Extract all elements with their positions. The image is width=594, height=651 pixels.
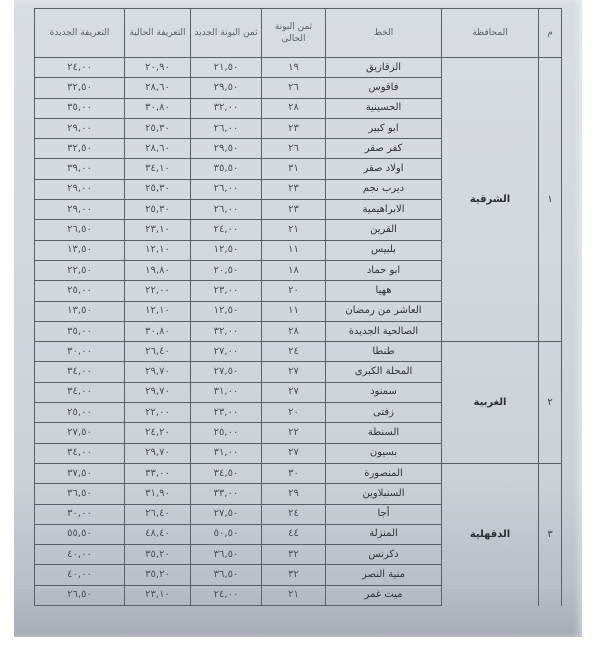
line-name: سمنود	[326, 382, 442, 402]
new-cylinder-price: ٢٧,٥٠	[191, 504, 262, 524]
new-cylinder-price: ٢٥,٠٠	[191, 423, 262, 443]
line-name: السنطة	[326, 423, 442, 443]
new-tariff: ٣٦,٥٠	[35, 484, 125, 504]
line-name: ابو حماد	[326, 260, 442, 280]
current-cylinder-price: ٢٠	[262, 281, 326, 301]
new-tariff: ٣٢,٥٠	[35, 139, 125, 159]
table-row: ٢الغربيةطنطا٢٤٢٧,٠٠٢٦,٤٠٣٠,٠٠	[35, 342, 562, 362]
current-cylinder-price: ٣٢	[262, 565, 326, 585]
current-tariff: ٢٩,٧٠	[125, 362, 191, 382]
new-cylinder-price: ٢٤,٠٠	[191, 220, 262, 240]
new-cylinder-price: ٣١,٠٠	[191, 382, 262, 402]
new-tariff: ٢٢,٥٠	[35, 260, 125, 280]
line-name: الزقازيق	[326, 58, 442, 78]
current-cylinder-price: ٢٦	[262, 78, 326, 98]
current-cylinder-price: ٢٦	[262, 139, 326, 159]
current-cylinder-price: ١١	[262, 240, 326, 260]
new-cylinder-price: ٣٢,٠٠	[191, 321, 262, 341]
table-row: ١الشرقيةالزقازيق١٩٢١,٥٠٢٠,٩٠٢٤,٠٠	[35, 58, 562, 78]
current-tariff: ٢٣,١٠	[125, 220, 191, 240]
line-name: أجا	[326, 504, 442, 524]
new-cylinder-price: ٢٧,٥٠	[191, 362, 262, 382]
fare-table: م المحافظة الخط ثمن البونة الحالى ثمن ال…	[34, 8, 562, 606]
current-tariff: ٢٥,٣٠	[125, 179, 191, 199]
current-tariff: ٢٦,٤٠	[125, 504, 191, 524]
current-cylinder-price: ٤٤	[262, 524, 326, 544]
current-tariff: ٣١,٩٠	[125, 484, 191, 504]
new-tariff: ٣٤,٠٠	[35, 443, 125, 463]
new-tariff: ١٣,٥٠	[35, 240, 125, 260]
header-new-tariff: التعريفة الجديدة	[35, 9, 125, 58]
line-name: ابو كبير	[326, 118, 442, 138]
new-cylinder-price: ٢٩,٥٠	[191, 139, 262, 159]
new-tariff: ٤٠,٠٠	[35, 565, 125, 585]
new-tariff: ٢٧,٥٠	[35, 423, 125, 443]
new-cylinder-price: ٢٦,٠٠	[191, 200, 262, 220]
new-tariff: ١٣,٥٠	[35, 301, 125, 321]
current-tariff: ٢٢,٠٠	[125, 403, 191, 423]
current-tariff: ٢٥,٣٠	[125, 118, 191, 138]
current-tariff: ٣٠,٨٠	[125, 98, 191, 118]
current-tariff: ٣٤,١٠	[125, 159, 191, 179]
new-tariff: ٣٢,٥٠	[35, 78, 125, 98]
governorate-name: الغربية	[442, 342, 539, 464]
table-row: ٣الدقهليةالمنصورة٣٠٣٤,٥٠٣٣,٠٠٣٧,٥٠	[35, 463, 562, 483]
new-tariff: ٣٩,٠٠	[35, 159, 125, 179]
new-cylinder-price: ٣١,٠٠	[191, 443, 262, 463]
line-name: ميت غمر	[326, 585, 442, 605]
new-cylinder-price: ٢٣,٠٠	[191, 281, 262, 301]
line-name: المحلة الكبرى	[326, 362, 442, 382]
current-tariff: ٢٢,٠٠	[125, 281, 191, 301]
new-tariff: ٢٦,٥٠	[35, 585, 125, 605]
new-tariff: ٣٥,٠٠	[35, 321, 125, 341]
current-cylinder-price: ٢٧	[262, 362, 326, 382]
current-tariff: ٢٨,٦٠	[125, 78, 191, 98]
new-cylinder-price: ١٢,٥٠	[191, 240, 262, 260]
group-index: ١	[539, 58, 562, 342]
line-name: بسيون	[326, 443, 442, 463]
table-body: ١الشرقيةالزقازيق١٩٢١,٥٠٢٠,٩٠٢٤,٠٠فاقوس٢٦…	[35, 58, 562, 606]
current-tariff: ٤٨,٤٠	[125, 524, 191, 544]
new-tariff: ٣٧,٥٠	[35, 463, 125, 483]
new-cylinder-price: ٣٦,٥٠	[191, 545, 262, 565]
line-name: المنزلة	[326, 524, 442, 544]
line-name: كفر صقر	[326, 139, 442, 159]
header-current-cylinder-price: ثمن البونة الحالى	[262, 9, 326, 58]
new-cylinder-price: ٢٩,٥٠	[191, 78, 262, 98]
new-cylinder-price: ٢٦,٠٠	[191, 118, 262, 138]
new-cylinder-price: ٥٠,٥٠	[191, 524, 262, 544]
new-cylinder-price: ٣٤,٥٠	[191, 463, 262, 483]
line-name: ديرب نجم	[326, 179, 442, 199]
new-tariff: ٢٩,٠٠	[35, 118, 125, 138]
line-name: الابراهيمية	[326, 200, 442, 220]
new-tariff: ٣٥,٠٠	[35, 98, 125, 118]
current-cylinder-price: ٢٤	[262, 342, 326, 362]
current-tariff: ٣٣,٠٠	[125, 463, 191, 483]
current-tariff: ١٢,١٠	[125, 301, 191, 321]
header-new-cylinder-price: ثمن البونة الجديد	[191, 9, 262, 58]
new-tariff: ٢٦,٥٠	[35, 220, 125, 240]
current-tariff: ٢٦,٤٠	[125, 342, 191, 362]
current-cylinder-price: ٢٨	[262, 98, 326, 118]
current-cylinder-price: ٢٧	[262, 443, 326, 463]
current-tariff: ٢٣,١٠	[125, 585, 191, 605]
current-cylinder-price: ٢١	[262, 585, 326, 605]
current-tariff: ٣٠,٨٠	[125, 321, 191, 341]
new-tariff: ٣٠,٠٠	[35, 504, 125, 524]
new-tariff: ٣٤,٠٠	[35, 382, 125, 402]
line-name: اولاد صقر	[326, 159, 442, 179]
new-tariff: ٣٤,٠٠	[35, 362, 125, 382]
current-cylinder-price: ٢٢	[262, 423, 326, 443]
new-cylinder-price: ٢٦,٠٠	[191, 179, 262, 199]
line-name: فاقوس	[326, 78, 442, 98]
new-cylinder-price: ٣٥,٥٠	[191, 159, 262, 179]
new-cylinder-price: ٢٧,٠٠	[191, 342, 262, 362]
current-tariff: ٣٥,٢٠	[125, 565, 191, 585]
new-cylinder-price: ٢٤,٠٠	[191, 585, 262, 605]
line-name: زفتى	[326, 403, 442, 423]
current-tariff: ٢٤,٢٠	[125, 423, 191, 443]
current-tariff: ٢٠,٩٠	[125, 58, 191, 78]
new-cylinder-price: ٣٢,٠٠	[191, 98, 262, 118]
table-header-row: م المحافظة الخط ثمن البونة الحالى ثمن ال…	[35, 9, 562, 58]
current-cylinder-price: ٣١	[262, 159, 326, 179]
line-name: العاشر من رمضان	[326, 301, 442, 321]
current-cylinder-price: ٢٤	[262, 504, 326, 524]
current-cylinder-price: ١٨	[262, 260, 326, 280]
current-cylinder-price: ٢٠	[262, 403, 326, 423]
group-index: ٣	[539, 463, 562, 605]
line-name: منية النصر	[326, 565, 442, 585]
current-cylinder-price: ٢٩	[262, 484, 326, 504]
current-tariff: ٢٨,٦٠	[125, 139, 191, 159]
governorate-name: الدقهلية	[442, 463, 539, 605]
governorate-name: الشرقية	[442, 58, 539, 342]
current-tariff: ٢٩,٧٠	[125, 443, 191, 463]
new-tariff: ٢٤,٠٠	[35, 58, 125, 78]
new-cylinder-price: ٣٣,٠٠	[191, 484, 262, 504]
current-cylinder-price: ١١	[262, 301, 326, 321]
current-tariff: ١٩,٨٠	[125, 260, 191, 280]
new-tariff: ٢٩,٠٠	[35, 179, 125, 199]
current-cylinder-price: ٢١	[262, 220, 326, 240]
current-cylinder-price: ٢٣	[262, 179, 326, 199]
new-tariff: ٥٥,٥٠	[35, 524, 125, 544]
new-cylinder-price: ٢١,٥٠	[191, 58, 262, 78]
current-tariff: ٣٥,٢٠	[125, 545, 191, 565]
new-cylinder-price: ٢٣,٠٠	[191, 403, 262, 423]
header-index: م	[539, 9, 562, 58]
line-name: الصالحية الجديدة	[326, 321, 442, 341]
line-name: القرين	[326, 220, 442, 240]
current-cylinder-price: ٢٨	[262, 321, 326, 341]
new-tariff: ٣٠,٠٠	[35, 342, 125, 362]
line-name: المنصورة	[326, 463, 442, 483]
line-name: الحسينية	[326, 98, 442, 118]
line-name: دكرنس	[326, 545, 442, 565]
current-cylinder-price: ١٩	[262, 58, 326, 78]
current-cylinder-price: ٢٧	[262, 382, 326, 402]
new-tariff: ٢٥,٠٠	[35, 403, 125, 423]
current-cylinder-price: ٣٢	[262, 545, 326, 565]
new-tariff: ٤٠,٠٠	[35, 545, 125, 565]
current-cylinder-price: ٢٣	[262, 118, 326, 138]
current-tariff: ١٢,١٠	[125, 240, 191, 260]
new-tariff: ٢٥,٠٠	[35, 281, 125, 301]
current-cylinder-price: ٣٠	[262, 463, 326, 483]
line-name: السنبلاوين	[326, 484, 442, 504]
header-line: الخط	[326, 9, 442, 58]
current-cylinder-price: ٢٣	[262, 200, 326, 220]
line-name: بلبيس	[326, 240, 442, 260]
new-tariff: ٢٩,٠٠	[35, 200, 125, 220]
line-name: ههيا	[326, 281, 442, 301]
group-index: ٢	[539, 342, 562, 464]
current-tariff: ٢٩,٧٠	[125, 382, 191, 402]
line-name: طنطا	[326, 342, 442, 362]
new-cylinder-price: ١٢,٥٠	[191, 301, 262, 321]
header-current-tariff: التعريفة الحالية	[125, 9, 191, 58]
current-tariff: ٢٥,٣٠	[125, 200, 191, 220]
new-cylinder-price: ٢٠,٥٠	[191, 260, 262, 280]
header-governorate: المحافظة	[442, 9, 539, 58]
new-cylinder-price: ٣٦,٥٠	[191, 565, 262, 585]
